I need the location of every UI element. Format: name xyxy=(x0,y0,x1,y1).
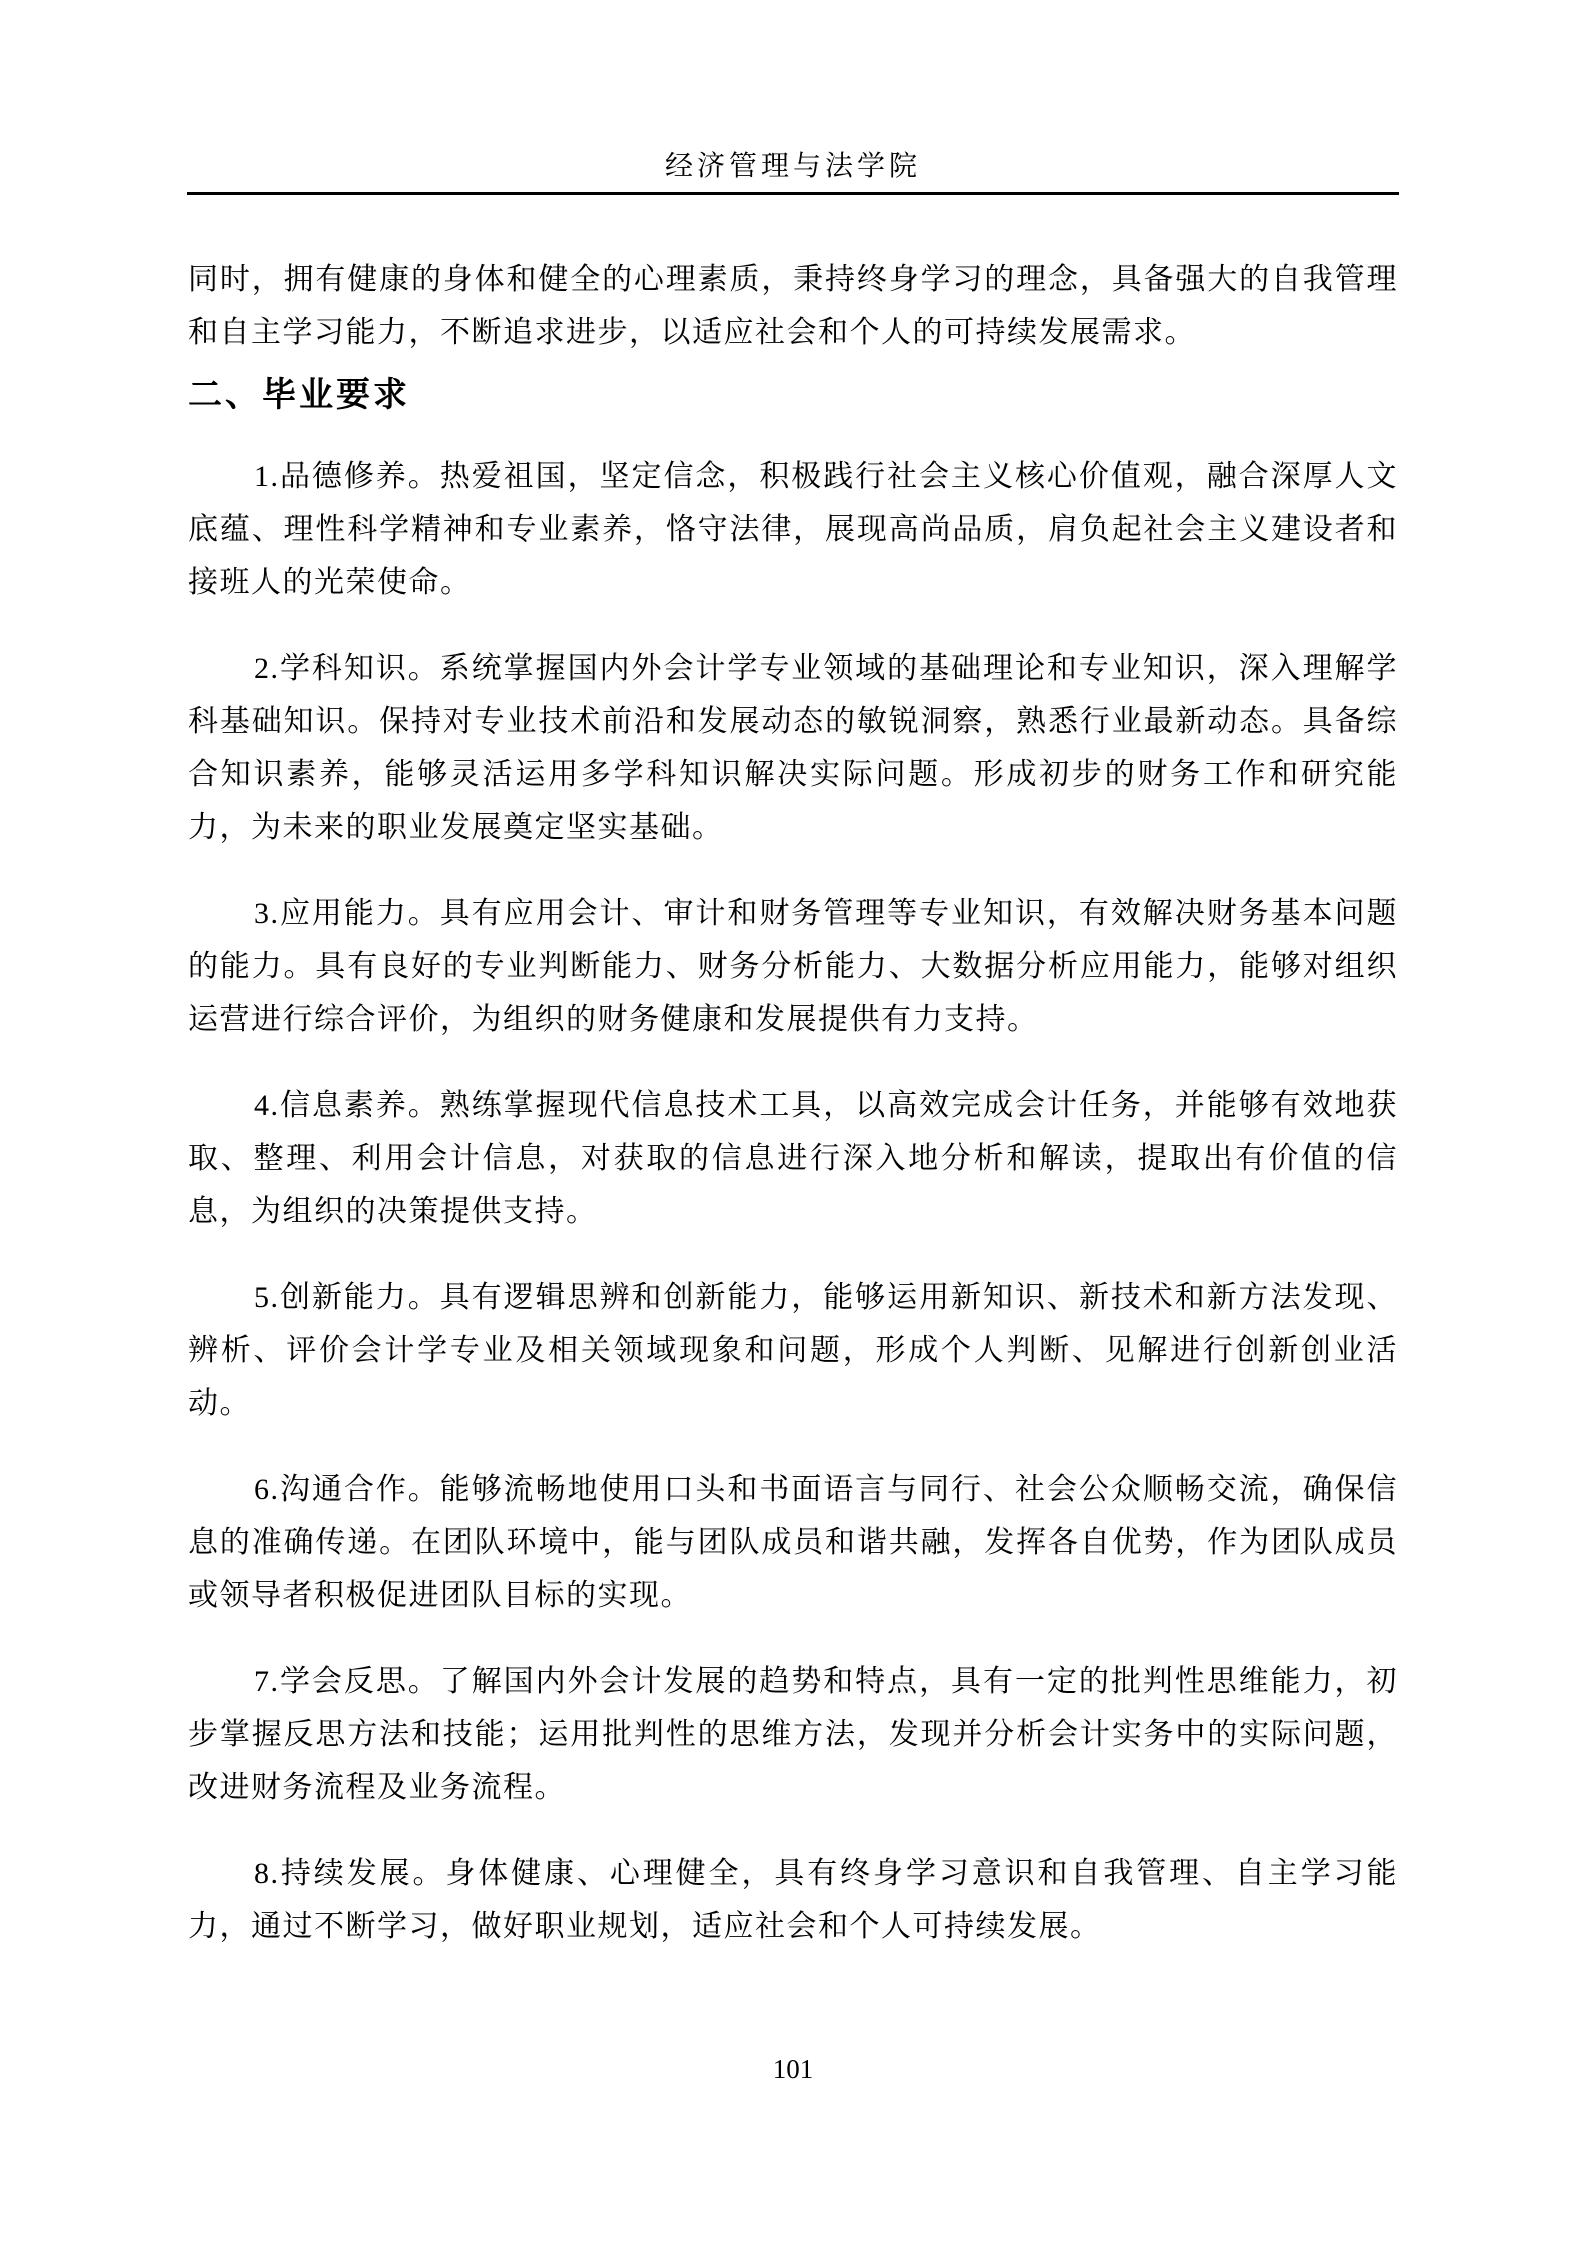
document-body: 同时，拥有健康的身体和健全的心理素质，秉持终身学习的理念，具备强大的自我管理和自… xyxy=(188,253,1398,1953)
requirement-item-2: 2.学科知识。系统掌握国内外会计学专业领域的基础理论和专业知识，深入理解学科基础… xyxy=(188,642,1398,854)
page-number: 101 xyxy=(773,2052,814,2086)
requirement-item-5: 5.创新能力。具有逻辑思辨和创新能力，能够运用新知识、新技术和新方法发现、辨析、… xyxy=(188,1271,1398,1430)
page-footer: 101 xyxy=(0,2052,1586,2086)
requirement-item-6: 6.沟通合作。能够流畅地使用口头和书面语言与同行、社会公众顺畅交流，确保信息的准… xyxy=(188,1463,1398,1622)
requirement-item-4: 4.信息素养。熟练掌握现代信息技术工具，以高效完成会计任务，并能够有效地获取、整… xyxy=(188,1079,1398,1238)
page-header-title: 经济管理与法学院 xyxy=(187,150,1399,184)
requirement-item-8: 8.持续发展。身体健康、心理健全，具有终身学习意识和自我管理、自主学习能力，通过… xyxy=(188,1847,1398,1953)
section-heading-graduation-requirements: 二、毕业要求 xyxy=(188,373,1398,417)
requirement-item-7: 7.学会反思。了解国内外会计发展的趋势和特点，具有一定的批判性思维能力，初步掌握… xyxy=(188,1655,1398,1814)
intro-paragraph: 同时，拥有健康的身体和健全的心理素质，秉持终身学习的理念，具备强大的自我管理和自… xyxy=(188,253,1398,359)
requirement-item-1: 1.品德修养。热爱祖国，坚定信念，积极践行社会主义核心价值观，融合深厚人文底蕴、… xyxy=(188,450,1398,609)
requirement-item-3: 3.应用能力。具有应用会计、审计和财务管理等专业知识，有效解决财务基本问题的能力… xyxy=(188,887,1398,1046)
document-page: 经济管理与法学院 同时，拥有健康的身体和健全的心理素质，秉持终身学习的理念，具备… xyxy=(0,0,1586,2245)
page-header: 经济管理与法学院 xyxy=(187,150,1399,195)
